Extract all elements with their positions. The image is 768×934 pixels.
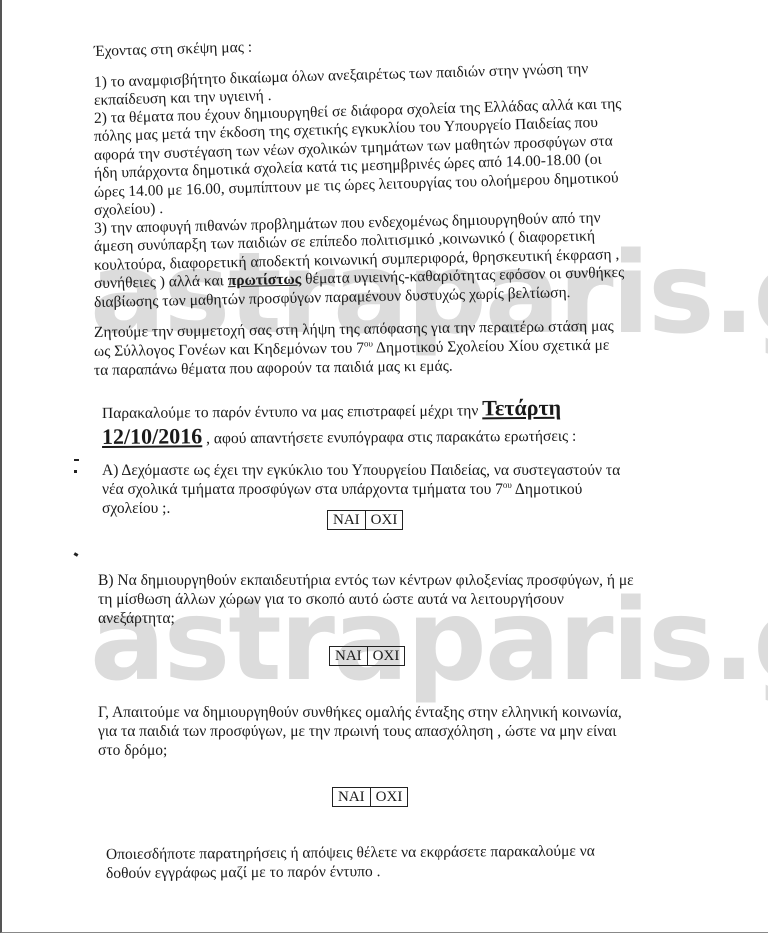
deadline-line1: Παρακαλούμε το παρόν έντυπο να μας επιστ…	[102, 399, 561, 423]
question-b-line1: Β) Να δημιουργηθούν εκπαιδευτήρια εντός …	[98, 572, 634, 590]
question-c-line2: για τα παιδιά των προσφύγων, με την πρωι…	[98, 723, 616, 741]
point2-line6: σχολείου) .	[94, 200, 164, 220]
request-line3: τα παραπάνω θέματα που αφορούν τα παιδιά…	[94, 358, 453, 380]
deadline-line2: 12/10/2016 , αφού απαντήσετε ενυπόγραφα …	[102, 425, 576, 449]
margin-mark	[74, 552, 79, 557]
question-a-answer-box: ΝΑΙ ΟΧΙ	[327, 510, 403, 530]
closing-line1: Οποιεσδήποτε παρατηρήσεις ή απόψεις θέλε…	[106, 843, 595, 864]
question-a-no-option[interactable]: ΟΧΙ	[365, 511, 403, 529]
question-c-line3: στο δρόμο;	[98, 742, 167, 760]
question-b-line3: ανεξάρτητα;	[98, 610, 175, 628]
question-c-yes-option[interactable]: ΝΑΙ	[333, 788, 370, 806]
question-a-yes-option[interactable]: ΝΑΙ	[328, 511, 365, 529]
question-a-line1: Α) Δεχόμαστε ως έχει την εγκύκλιο του Υπ…	[102, 462, 620, 480]
question-b-yes-option[interactable]: ΝΑΙ	[330, 647, 367, 665]
intro-heading: Έχοντας στη σκέψη μας :	[94, 39, 253, 61]
document-content: Έχοντας στη σκέψη μας : 1) το αναμφισβήτ…	[2, 0, 768, 932]
question-a-line3: σχολείου ;.	[102, 500, 170, 518]
point1-line1: 1) το αναμφισβήτητο δικαίωμα όλων ανεξαι…	[94, 60, 589, 92]
closing-line2: δοθούν εγγράφως μαζί με το παρόν έντυπο …	[106, 863, 381, 883]
question-b-line2: τη μίσθωση άλλων χώρων για το σκοπό αυτό…	[98, 591, 564, 609]
question-b-answer-box: ΝΑΙ ΟΧΙ	[329, 646, 405, 666]
margin-mark	[74, 459, 79, 461]
margin-mark	[74, 470, 77, 473]
deadline-date: 12/10/2016	[102, 423, 202, 449]
question-c-line1: Γ, Απαιτούμε να δημιουργηθούν συνθήκες ο…	[98, 704, 622, 722]
scanned-document-page: astraparis.gr astraparis.gr Έχοντας στη …	[0, 0, 768, 933]
question-a-line2: νέα σχολικά τμήματα προσφύγων στα υπάρχο…	[102, 481, 582, 499]
deadline-day: Τετάρτη	[482, 395, 561, 421]
emphasis-first-of-all: πρωτίστως	[228, 271, 302, 290]
question-c-no-option[interactable]: ΟΧΙ	[370, 788, 408, 806]
question-b-no-option[interactable]: ΟΧΙ	[367, 647, 405, 665]
question-c-answer-box: ΝΑΙ ΟΧΙ	[332, 787, 408, 807]
